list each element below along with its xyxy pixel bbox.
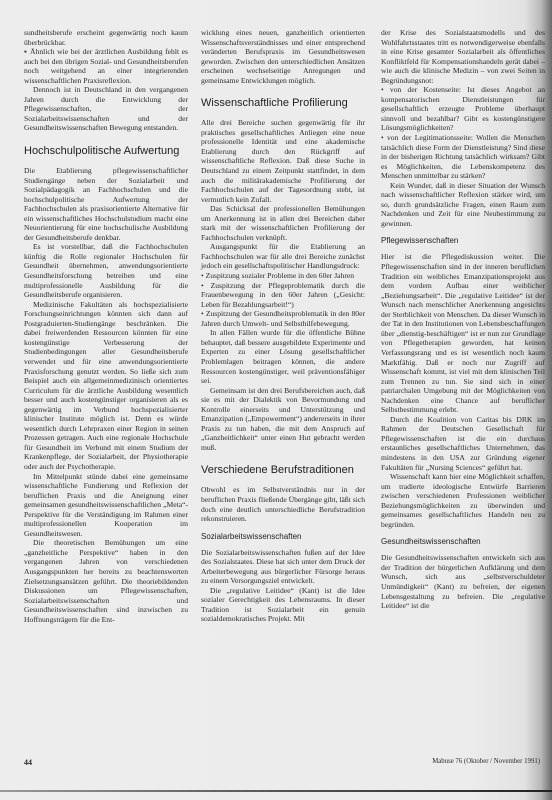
bullet-text: von der Legitimationsseite: Wollen die M… [381,133,545,180]
bullet-item: • von der Kostenseite: Ist dieses Angebo… [381,85,545,133]
paragraph: Obwohl es im Selbstverständnis nur in de… [201,485,365,523]
paragraph: Die Sozialarbeitswissenschaften fußen au… [201,548,365,586]
scanned-journal-page: sundheitsberufe erscheint gegenwärtig no… [0,0,552,800]
bullet-item: • Zuspitzung der Gesundheitsproblematik … [201,309,365,328]
page-number: 44 [24,758,32,767]
paragraph: Die Etablierung pflegewissenschaftlicher… [24,166,188,242]
subheading-gesundheitswissenschaften: Gesundheitswissenschaften [381,537,545,547]
page-bottom-edge [0,790,552,792]
text-column-middle: wicklung eines neuen, ganzheitlich orien… [201,28,365,624]
paragraph: sundheitsberufe erscheint gegenwärtig no… [24,28,188,47]
paragraph: der Krise des Sozialstaatsmodells und de… [381,28,545,85]
paragraph: wicklung eines neuen, ganzheitlich orien… [201,28,365,85]
subheading-sozialarbeitswissenschaften: Sozialarbeitswissenschaften [201,532,365,542]
paragraph: Die Gesundheitswissenschaften entwickeln… [381,553,545,610]
bullet-item: • Zuspitzung sozialer Probleme in den 60… [201,271,365,281]
section-heading-verschiedene-berufstraditionen: Verschiedene Berufstraditionen [201,464,365,477]
paragraph: Gemeinsam ist den drei Berufsbereichen a… [201,386,365,453]
section-heading-wissenschaftliche-profilierung: Wissenschaftliche Profilierung [201,97,365,110]
paragraph: Dennoch ist in Deutschland in den vergan… [24,85,188,133]
paragraph: Es ist vorstellbar, daß die Fachhochschu… [24,242,188,299]
bullet-item: • von der Legitimationsseite: Wollen die… [381,133,545,181]
paragraph: Ausgangspunkt für die Etablierung an Fac… [201,242,365,271]
text-column-left: sundheitsberufe erscheint gegenwärtig no… [24,28,188,624]
paragraph: Medizinische Fakultäten als hochspeziali… [24,300,188,472]
section-heading-hochschulpolitische-aufwertung: Hochschulpolitische Aufwertung [24,145,188,158]
bullet-text: Zuspitzung der Gesundheitsproblematik in… [201,309,365,328]
paragraph: Wissenschaft kann hier eine Möglichkeit … [381,472,545,529]
paragraph: Alle drei Bereiche suchen gegenwärtig fü… [201,118,365,204]
paragraph: Die „regulative Leitidee“ (Kant) ist die… [201,586,365,624]
bullet-text: Zuspitzung der Pflegeproblematik durch d… [201,281,365,309]
text-column-right: der Krise des Sozialstaatsmodells und de… [381,28,545,611]
bullet-text: von der Kostenseite: Ist dieses Angebot … [381,85,545,132]
paragraph: In allen Fällen wurde für die öffentlich… [201,328,365,385]
paragraph: Die theoretischen Bemühungen um eine „ga… [24,538,188,624]
paragraph: Kein Wunder, daß in dieser Situation der… [381,181,545,229]
bullet-text: Zuspitzung sozialer Probleme in den 60er… [206,271,354,280]
bullet-paragraph: Ähnlich wie bei der ärztlichen Ausbildun… [24,47,188,85]
paragraph: Das Schicksal der professionellen Bemühu… [201,204,365,242]
bullet-item: • Zuspitzung der Pflegeproblematik durch… [201,281,365,310]
paragraph: Durch die Koalition von Caritas bis DRK … [381,415,545,472]
journal-footer: Mabuse 76 (Oktober / November 1991) [432,758,540,765]
subheading-pflegewissenschaften: Pflegewissenschaften [381,236,545,246]
paragraph: Im Mittelpunkt stünde dabei eine gemeins… [24,472,188,539]
paragraph: Hier ist die Pflegediskussion weiter. Di… [381,252,545,414]
